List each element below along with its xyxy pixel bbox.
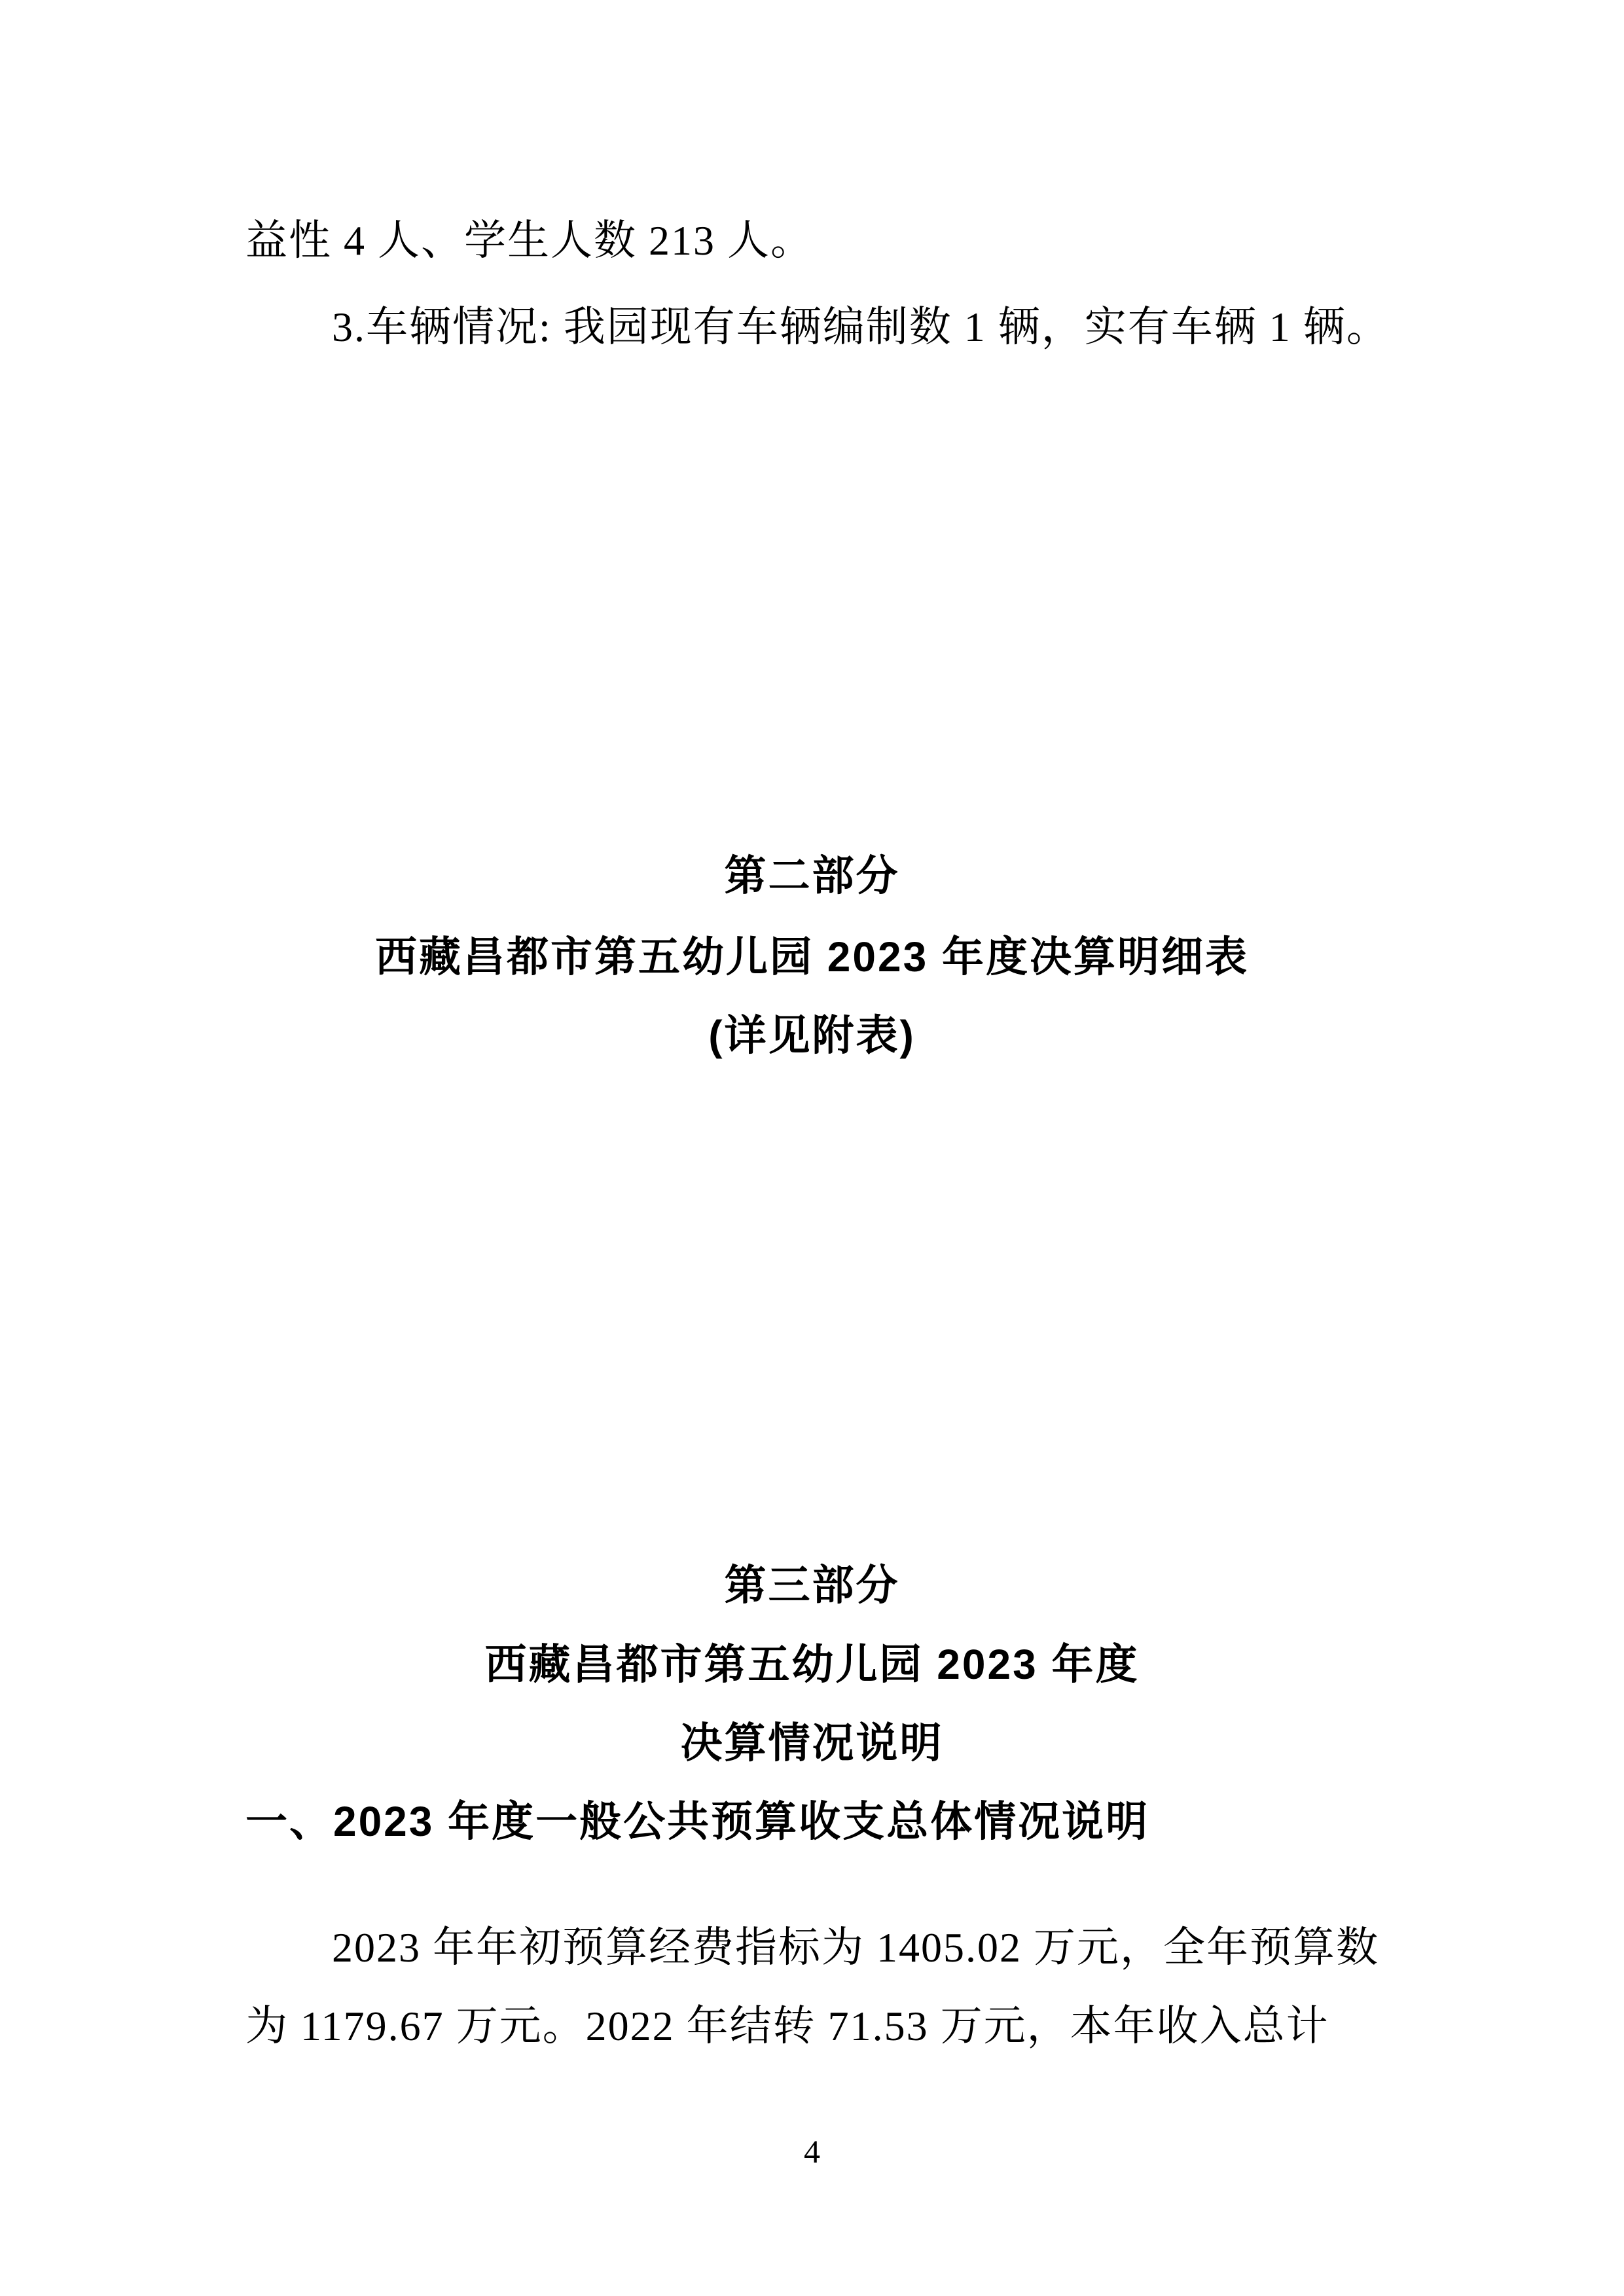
part2-subtitle-see-attached-table: (详见附表)	[0, 1014, 1624, 1056]
intro-line-1: 益性 4 人、学生人数 213 人。	[245, 220, 814, 262]
budget-paragraph-line-1: 2023 年年初预算经费指标为 1405.02 万元，全年预算数	[332, 1927, 1379, 1969]
part2-title: 西藏昌都市第五幼儿园 2023 年度决算明细表	[0, 936, 1624, 978]
section1-heading-general-budget-overview: 一、2023 年度一般公共预算收支总体情况说明	[245, 1801, 1149, 1842]
page-number: 4	[0, 2135, 1624, 2168]
intro-line-2-vehicle-info: 3.车辆情况: 我园现有车辆编制数 1 辆，实有车辆 1 辆。	[332, 306, 1390, 348]
part3-title-line-2: 决算情况说明	[0, 1722, 1624, 1764]
part3-title-line-1: 西藏昌都市第五幼儿园 2023 年度	[0, 1643, 1624, 1685]
document-page: 益性 4 人、学生人数 213 人。 3.车辆情况: 我园现有车辆编制数 1 辆…	[0, 0, 1624, 2296]
part2-heading: 第二部分	[0, 855, 1624, 897]
budget-paragraph-line-2: 为 1179.67 万元。2022 年结转 71.53 万元，本年收入总计	[245, 2005, 1329, 2047]
part3-heading: 第三部分	[0, 1564, 1624, 1606]
